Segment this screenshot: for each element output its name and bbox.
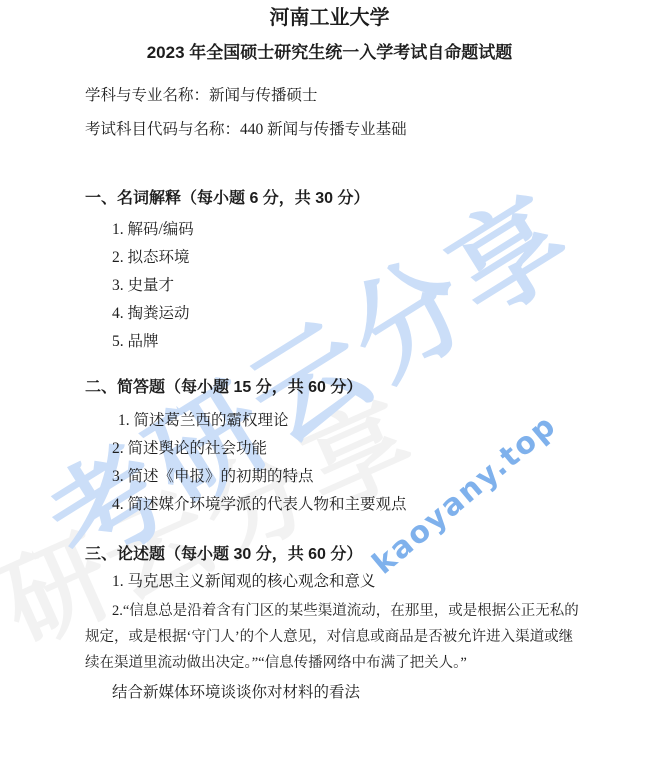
question-item: 1. 简述葛兰西的霸权理论 xyxy=(85,407,574,435)
essay-quote-paragraph: 2.“信息总是沿着含有门区的某些渠道流动，在那里，或是根据公正无私的 规定，或是… xyxy=(85,598,574,676)
section-essay: 三、论述题（每小题 30 分，共 60 分） 1. 马克思主义新闻观的核心观念和… xyxy=(85,544,574,707)
subject-code-line: 考试科目代码与名称：440 新闻与传播专业基础 xyxy=(85,120,574,140)
question-item: 1. 马克思主义新闻观的核心观念和意义 xyxy=(85,568,574,596)
exam-title: 2023 年全国硕士研究生统一入学考试自命题试题 xyxy=(85,40,574,66)
quote-line: 续在渠道里流动做出决定。”“信息传播网络中布满了把关人。” xyxy=(85,650,574,676)
question-item: 4. 简述媒介环境学派的代表人物和主要观点 xyxy=(85,491,574,519)
exam-paper-page: 考研云分享 考研云分享 kaoyany.top 河南工业大学 2023 年全国硕… xyxy=(0,0,654,774)
quote-line: 2.“信息总是沿着含有门区的某些渠道流动，在那里，或是根据公正无私的 xyxy=(85,598,574,624)
section-short-answer: 二、简答题（每小题 15 分，共 60 分） 1. 简述葛兰西的霸权理论 2. … xyxy=(85,377,574,519)
section-heading: 三、论述题（每小题 30 分，共 60 分） xyxy=(85,544,574,566)
quote-line: 规定，或是根据‘守门人’的个人意见，对信息或商品是否被允许进入渠道或继 xyxy=(85,624,574,650)
question-list: 1. 马克思主义新闻观的核心观念和意义 xyxy=(85,568,574,596)
university-title: 河南工业大学 xyxy=(85,4,574,32)
question-list: 1. 简述葛兰西的霸权理论 2. 简述舆论的社会功能 3. 简述《申报》的初期的… xyxy=(85,407,574,519)
document-content: 河南工业大学 2023 年全国硕士研究生统一入学考试自命题试题 学科与专业名称：… xyxy=(0,0,654,774)
question-item: 5. 品牌 xyxy=(85,328,574,356)
question-item: 2. 简述舆论的社会功能 xyxy=(85,435,574,463)
section-heading: 一、名词解释（每小题 6 分，共 30 分） xyxy=(85,188,574,210)
section-heading: 二、简答题（每小题 15 分，共 60 分） xyxy=(85,377,574,399)
question-item: 3. 史量才 xyxy=(85,272,574,300)
question-item: 1. 解码/编码 xyxy=(85,216,574,244)
question-item: 4. 掏粪运动 xyxy=(85,300,574,328)
section-term-explanation: 一、名词解释（每小题 6 分，共 30 分） 1. 解码/编码 2. 拟态环境 … xyxy=(85,188,574,356)
essay-instruction-line: 结合新媒体环境谈谈你对材料的看法 xyxy=(85,679,574,707)
question-item: 3. 简述《申报》的初期的特点 xyxy=(85,463,574,491)
question-item: 2. 拟态环境 xyxy=(85,244,574,272)
major-name-line: 学科与专业名称：新闻与传播硕士 xyxy=(85,86,574,106)
question-list: 1. 解码/编码 2. 拟态环境 3. 史量才 4. 掏粪运动 5. 品牌 xyxy=(85,216,574,356)
